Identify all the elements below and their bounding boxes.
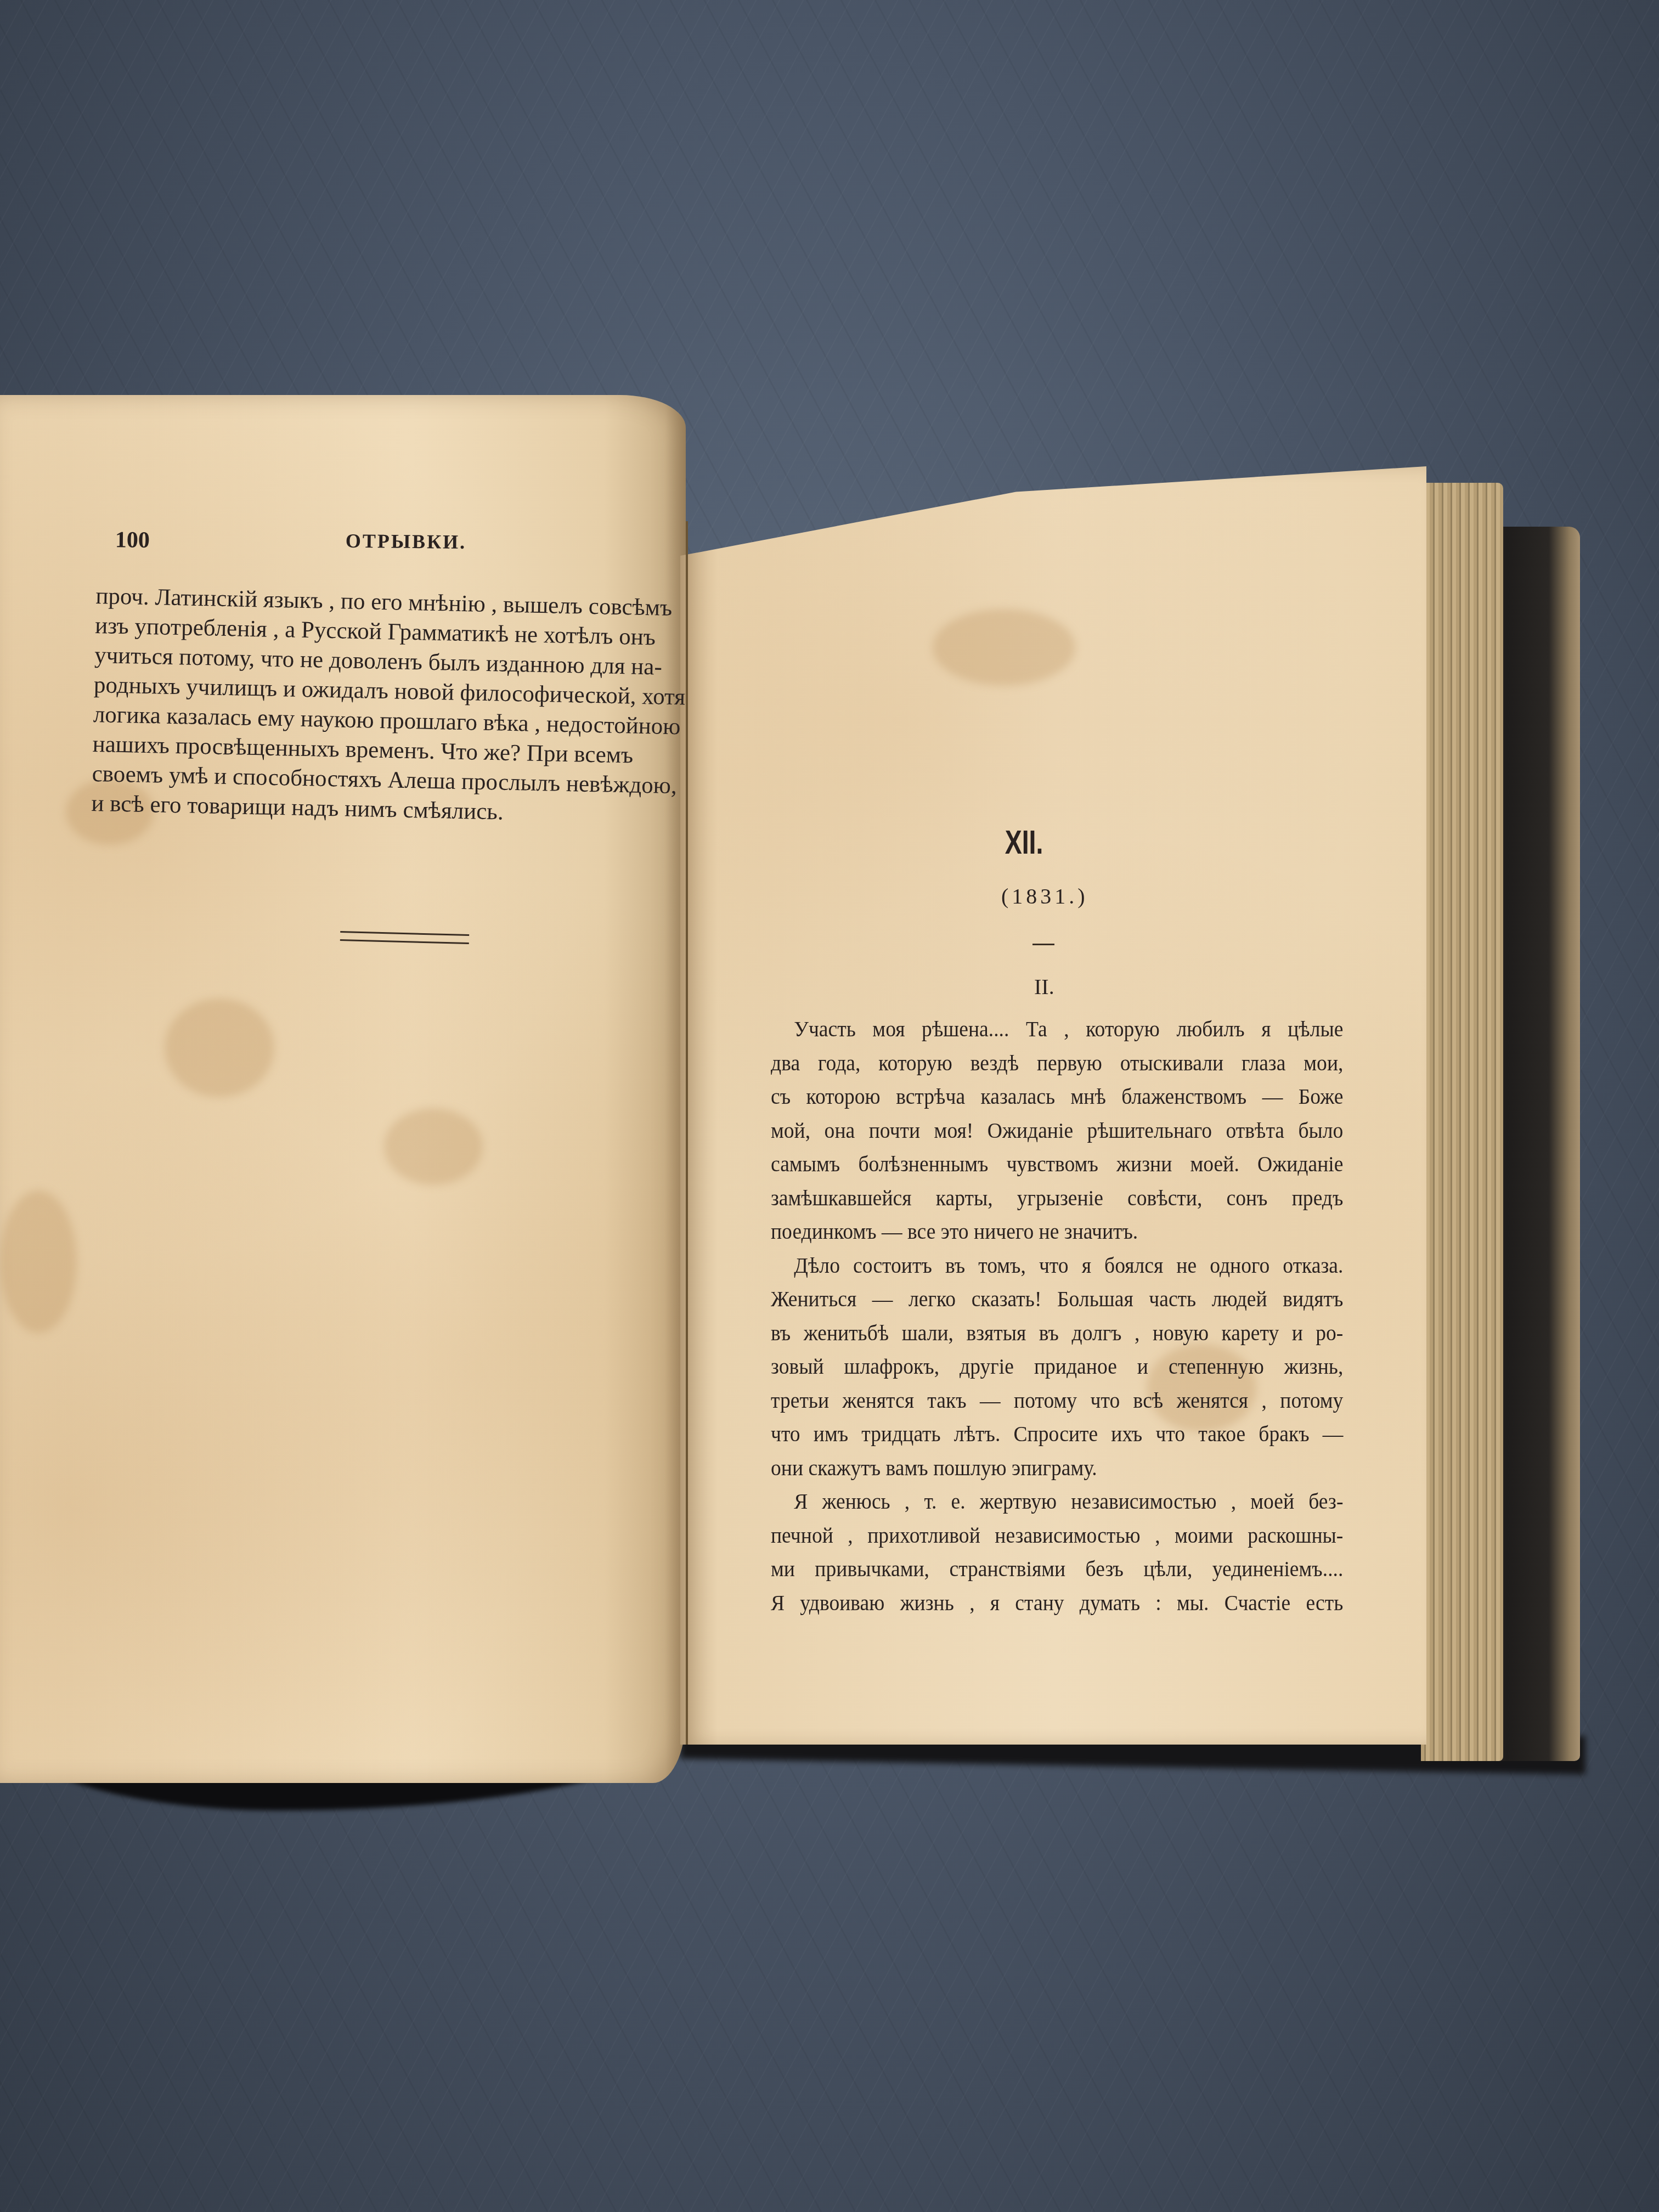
running-title: ОТРЫВКИ. <box>346 529 467 554</box>
page-stack-edge <box>1421 483 1503 1761</box>
foxing-stain <box>933 609 1075 686</box>
foxing-stain <box>384 1108 483 1185</box>
text-line: Я удвоиваю жизнь , я стану думать : мы. … <box>771 1586 1343 1620</box>
text-line: два года, которую вездѣ первую отыскивал… <box>771 1046 1343 1080</box>
left-page-body: проч. Латинскій языкъ , по его мнѣнію , … <box>91 582 678 831</box>
heading-separator-rule <box>1032 944 1054 945</box>
text-line: въ женитьбѣ шали, взятыя въ долгъ , нову… <box>771 1316 1343 1350</box>
text-line: они скажутъ вамъ пошлую эпиграму. <box>771 1451 1343 1485</box>
right-page-body: Участь моя рѣшена.... Та , которую любил… <box>771 1012 1343 1620</box>
text-line: Участь моя рѣшена.... Та , которую любил… <box>771 1012 1343 1046</box>
text-line: съ которою встрѣча казалась мнѣ блаженст… <box>771 1080 1343 1114</box>
text-line: ми привычками, странствіями безъ цѣли, у… <box>771 1552 1343 1586</box>
foxing-stain <box>0 1190 77 1333</box>
text-line: что имъ тридцать лѣтъ. Спросите ихъ что … <box>771 1417 1343 1451</box>
chapter-year: (1831.) <box>1001 883 1088 909</box>
section-number: II. <box>1034 974 1054 1000</box>
chapter-number: XII. <box>1005 823 1043 862</box>
book-gutter <box>686 521 688 1745</box>
page-number: 100 <box>115 527 150 554</box>
text-line: самымъ болѣзненнымъ чувствомъ жизни моей… <box>771 1147 1343 1181</box>
text-line: Дѣло состоитъ въ томъ, что я боялся не о… <box>771 1249 1343 1283</box>
text-line: замѣшкавшейся карты, угрызеніе совѣсти, … <box>771 1181 1343 1215</box>
text-line: мой, она почти моя! Ожиданіе рѣшительнаг… <box>771 1114 1343 1148</box>
text-line: Жениться — легко сказать! Большая часть … <box>771 1282 1343 1316</box>
text-line: печной , прихотливой независимостью , мо… <box>771 1519 1343 1553</box>
text-line: поединкомъ — все это ничего не значитъ. <box>771 1215 1343 1249</box>
text-line: Я женюсь , т. е. жертвую независимостью … <box>771 1485 1343 1519</box>
text-line: зовый шлафрокъ, другіе приданое и степен… <box>771 1350 1343 1384</box>
text-line: третьи женятся такъ — потому что всѣ жен… <box>771 1384 1343 1418</box>
foxing-stain <box>165 998 274 1097</box>
